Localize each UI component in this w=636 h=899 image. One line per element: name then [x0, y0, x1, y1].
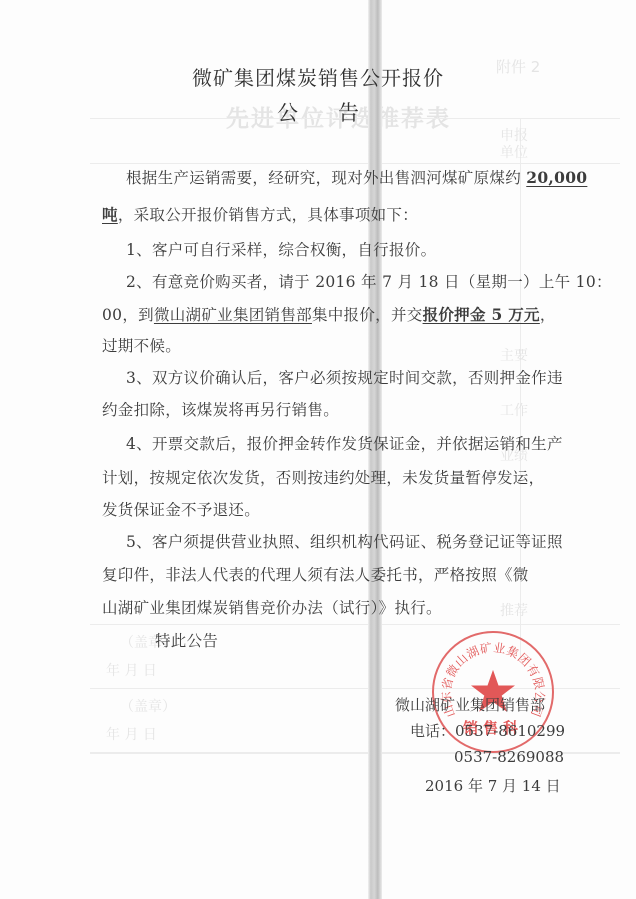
- item-5-line-1: 5、客户须提供营业执照、组织机构代码证、税务登记证等证照: [126, 530, 563, 552]
- intro-line-2: 吨，采取公开报价销售方式，具体事项如下：: [102, 203, 418, 225]
- item-2-line-1: 2、有意竞价购买者，请于 2016 年 7 月 18 日（星期一）上午 10：: [126, 270, 612, 292]
- item-3-line-1: 3、双方议价确认后，客户必须按规定时间交款，否则押金作违: [126, 366, 563, 388]
- phone-number-2: 0537-8269088: [454, 748, 564, 766]
- item-3-line-2: 约金扣除，该煤炭将再另行销售。: [102, 398, 339, 420]
- item-2-text: ，: [540, 306, 556, 324]
- item-4-line-3: 发货保证金不予退还。: [102, 498, 260, 520]
- bleed-through-cell: 推荐: [500, 600, 528, 620]
- item-4-line-2: 计划，按规定依次发货，否则按违约处理，未发货量暂停发运，: [102, 466, 544, 488]
- bleed-through-cell: （盖章）: [120, 696, 176, 716]
- bleed-through-cell: 工作: [500, 400, 528, 420]
- document-title: 微矿集团煤炭销售公开报价: [0, 62, 636, 91]
- item-4-line-1: 4、开票交款后，报价押金转作发货保证金，并依据运销和生产: [126, 432, 563, 454]
- bleed-through-cell: 申报: [500, 125, 528, 145]
- bleed-through-cell: 单位: [500, 142, 528, 162]
- item-2-text: 00，到: [102, 306, 154, 324]
- item-5-line-3: 山湖矿业集团煤炭销售竞价办法（试行）》执行。: [102, 596, 442, 618]
- item-5-line-2: 复印件，非法人代表的代理人须有法人委托书，严格按照《微: [102, 563, 529, 585]
- item-2-line-3: 过期不候。: [102, 334, 181, 356]
- bidding-location: 微山湖矿业集团销售部: [154, 306, 312, 324]
- closing-text: 特此公告: [155, 629, 218, 651]
- document-subtitle: 公告: [0, 97, 636, 127]
- intro-line-1: 根据生产运销需要，经研究，现对外出售泗河煤矿原煤约 20,000: [126, 166, 587, 188]
- coal-amount: 20,000: [526, 168, 587, 187]
- bleed-through-cell: 年 月 日: [106, 660, 157, 680]
- issue-date: 2016 年 7 月 14 日: [425, 775, 561, 796]
- item-2-text: 集中报价，并交: [312, 306, 423, 324]
- bleed-through-cell: 年 月 日: [106, 724, 157, 744]
- phone-line-1: 电话：0537-8610299: [410, 720, 565, 741]
- bleed-through-cell: 主要: [500, 345, 528, 365]
- intro-text: 根据生产运销需要，经研究，现对外出售泗河煤矿原煤约: [126, 169, 521, 187]
- phone-label: 电话：: [410, 722, 455, 740]
- issuing-organization: 微山湖矿业集团销售部: [395, 694, 545, 715]
- coal-unit: 吨: [102, 205, 118, 224]
- bid-deposit: 报价押金 5 万元: [423, 305, 540, 324]
- bleed-through-rule: [90, 624, 620, 625]
- intro-text: ，采取公开报价销售方式，具体事项如下：: [118, 206, 418, 224]
- bleed-through-rule: [90, 163, 620, 164]
- phone-number-1: 0537-8610299: [455, 722, 565, 740]
- item-1-line-1: 1、客户可自行采样，综合权衡，自行报价。: [126, 238, 436, 260]
- item-2-line-2: 00，到微山湖矿业集团销售部集中报价，并交报价押金 5 万元，: [102, 303, 556, 325]
- scanned-notice-page: 附件 2 先进单位评选推荐表 申报 单位 主要 工作 业绩 推荐 （盖章） 年 …: [0, 0, 636, 899]
